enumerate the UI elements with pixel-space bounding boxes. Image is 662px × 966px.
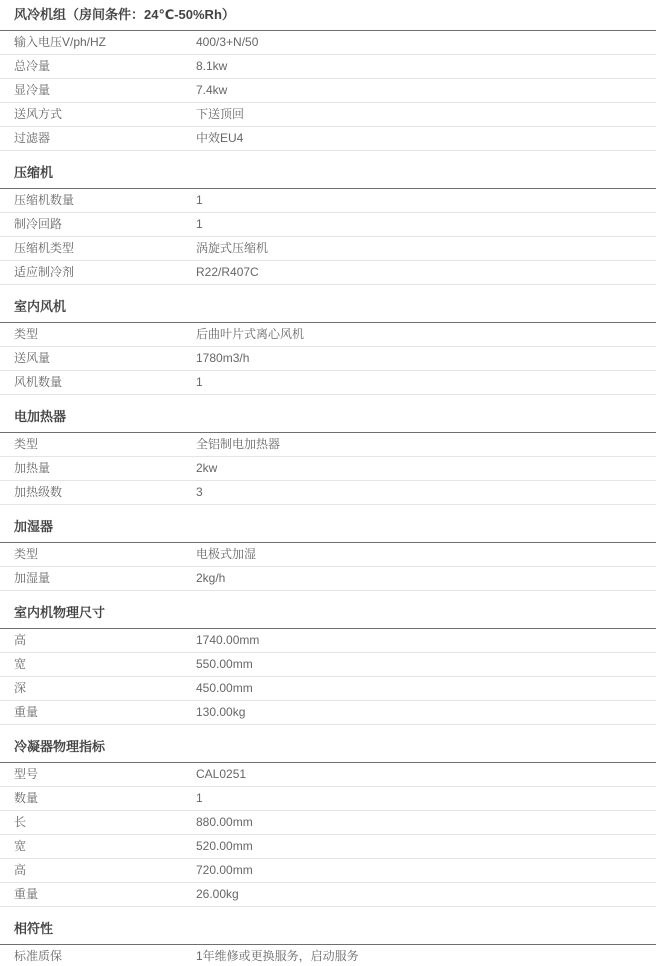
spec-value: 1780m3/h [196,347,656,370]
spec-label: 压缩机数量 [0,189,196,212]
spec-value: 880.00mm [196,811,656,834]
section-title: 加湿器 [0,519,656,543]
spec-value: 1 [196,189,656,212]
spec-section: 室内风机 类型 后曲叶片式离心风机 送风量 1780m3/h 风机数量 1 [0,299,656,395]
spec-value: 520.00mm [196,835,656,858]
spec-value: 3 [196,481,656,504]
spec-label: 过滤器 [0,127,196,150]
section-rows: 标准质保 1年维修或更换服务，启动服务 [0,945,656,966]
spec-section: 加湿器 类型 电极式加湿 加湿量 2kg/h [0,519,656,591]
spec-value: 下送顶回 [196,103,656,126]
spec-label: 加热级数 [0,481,196,504]
spec-label: 标准质保 [0,945,196,966]
spec-row: 送风方式 下送顶回 [0,103,656,127]
spec-value: 1 [196,213,656,236]
spec-label: 加热量 [0,457,196,480]
spec-label: 高 [0,629,196,652]
spec-value: 全铝制电加热器 [196,433,656,456]
spec-value: 2kg/h [196,567,656,590]
spec-label: 加湿量 [0,567,196,590]
spec-label: 送风量 [0,347,196,370]
spec-label: 宽 [0,835,196,858]
spec-value: 7.4kw [196,79,656,102]
spec-value: 电极式加湿 [196,543,656,566]
spec-section: 冷凝器物理指标 型号 CAL0251 数量 1 长 880.00mm 宽 520… [0,739,656,907]
spec-row: 过滤器 中效EU4 [0,127,656,151]
spec-row: 加湿量 2kg/h [0,567,656,591]
spec-row: 宽 520.00mm [0,835,656,859]
spec-row: 长 880.00mm [0,811,656,835]
spec-label: 深 [0,677,196,700]
spec-label: 类型 [0,543,196,566]
spec-label: 类型 [0,323,196,346]
spec-row: 压缩机数量 1 [0,189,656,213]
spec-value: 720.00mm [196,859,656,882]
section-title: 冷凝器物理指标 [0,739,656,763]
spec-row: 显冷量 7.4kw [0,79,656,103]
spec-table: 风冷机组（房间条件：24℃-50%Rh） 输入电压V/ph/HZ 400/3+N… [0,0,656,966]
spec-value: R22/R407C [196,261,656,284]
spec-row: 制冷回路 1 [0,213,656,237]
section-rows: 输入电压V/ph/HZ 400/3+N/50 总冷量 8.1kw 显冷量 7.4… [0,31,656,151]
spec-row: 加热量 2kw [0,457,656,481]
spec-label: 显冷量 [0,79,196,102]
section-rows: 类型 电极式加湿 加湿量 2kg/h [0,543,656,591]
spec-section: 相符性 标准质保 1年维修或更换服务，启动服务 [0,921,656,966]
spec-row: 风机数量 1 [0,371,656,395]
spec-row: 深 450.00mm [0,677,656,701]
spec-row: 类型 全铝制电加热器 [0,433,656,457]
spec-row: 类型 电极式加湿 [0,543,656,567]
spec-label: 压缩机类型 [0,237,196,260]
spec-row: 重量 26.00kg [0,883,656,907]
spec-value: 130.00kg [196,701,656,724]
spec-label: 适应制冷剂 [0,261,196,284]
spec-label: 总冷量 [0,55,196,78]
spec-section: 室内机物理尺寸 高 1740.00mm 宽 550.00mm 深 450.00m… [0,605,656,725]
spec-row: 高 1740.00mm [0,629,656,653]
spec-value: 中效EU4 [196,127,656,150]
spec-value: 400/3+N/50 [196,31,656,54]
section-rows: 压缩机数量 1 制冷回路 1 压缩机类型 涡旋式压缩机 适应制冷剂 R22/R4… [0,189,656,285]
section-rows: 高 1740.00mm 宽 550.00mm 深 450.00mm 重量 130… [0,629,656,725]
spec-row: 型号 CAL0251 [0,763,656,787]
spec-row: 加热级数 3 [0,481,656,505]
spec-row: 总冷量 8.1kw [0,55,656,79]
spec-value: 1740.00mm [196,629,656,652]
spec-row: 宽 550.00mm [0,653,656,677]
spec-row: 送风量 1780m3/h [0,347,656,371]
spec-label: 高 [0,859,196,882]
section-title: 相符性 [0,921,656,945]
spec-value: 8.1kw [196,55,656,78]
spec-row: 类型 后曲叶片式离心风机 [0,323,656,347]
spec-section: 风冷机组（房间条件：24℃-50%Rh） 输入电压V/ph/HZ 400/3+N… [0,7,656,151]
section-rows: 类型 后曲叶片式离心风机 送风量 1780m3/h 风机数量 1 [0,323,656,395]
section-title: 压缩机 [0,165,656,189]
section-title: 室内机物理尺寸 [0,605,656,629]
spec-label: 重量 [0,701,196,724]
spec-row: 输入电压V/ph/HZ 400/3+N/50 [0,31,656,55]
section-title: 风冷机组（房间条件：24℃-50%Rh） [0,7,656,31]
section-rows: 类型 全铝制电加热器 加热量 2kw 加热级数 3 [0,433,656,505]
spec-label: 宽 [0,653,196,676]
spec-value: 涡旋式压缩机 [196,237,656,260]
spec-label: 数量 [0,787,196,810]
spec-label: 重量 [0,883,196,906]
spec-label: 型号 [0,763,196,786]
spec-value: 26.00kg [196,883,656,906]
spec-value: 后曲叶片式离心风机 [196,323,656,346]
spec-row: 标准质保 1年维修或更换服务，启动服务 [0,945,656,966]
spec-row: 压缩机类型 涡旋式压缩机 [0,237,656,261]
spec-value: 2kw [196,457,656,480]
spec-row: 重量 130.00kg [0,701,656,725]
spec-label: 类型 [0,433,196,456]
spec-section: 电加热器 类型 全铝制电加热器 加热量 2kw 加热级数 3 [0,409,656,505]
spec-value: CAL0251 [196,763,656,786]
spec-row: 数量 1 [0,787,656,811]
spec-value: 1年维修或更换服务，启动服务 [196,945,656,966]
spec-label: 长 [0,811,196,834]
spec-label: 风机数量 [0,371,196,394]
spec-label: 输入电压V/ph/HZ [0,31,196,54]
spec-value: 1 [196,787,656,810]
section-rows: 型号 CAL0251 数量 1 长 880.00mm 宽 520.00mm 高 … [0,763,656,907]
spec-value: 550.00mm [196,653,656,676]
spec-value: 450.00mm [196,677,656,700]
spec-label: 送风方式 [0,103,196,126]
spec-row: 适应制冷剂 R22/R407C [0,261,656,285]
section-title: 室内风机 [0,299,656,323]
spec-section: 压缩机 压缩机数量 1 制冷回路 1 压缩机类型 涡旋式压缩机 适应制冷剂 R2… [0,165,656,285]
spec-row: 高 720.00mm [0,859,656,883]
spec-label: 制冷回路 [0,213,196,236]
section-title: 电加热器 [0,409,656,433]
spec-value: 1 [196,371,656,394]
